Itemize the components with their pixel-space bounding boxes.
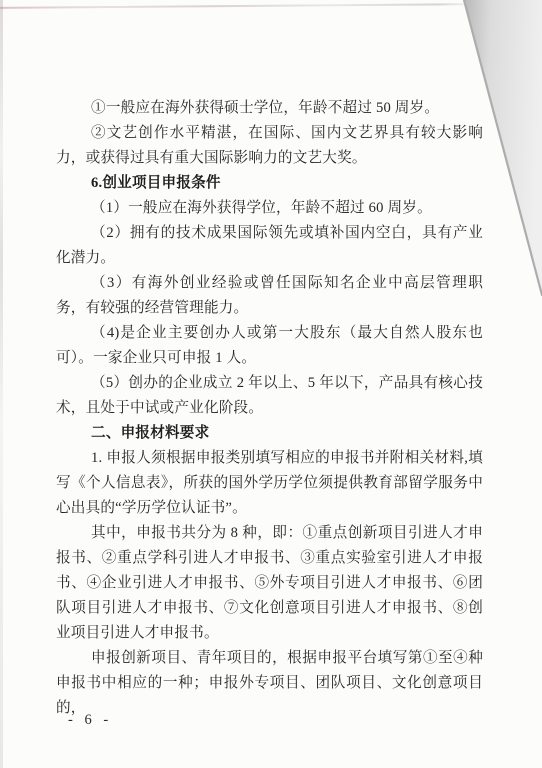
scan-left-edge-shadow [0, 0, 3, 768]
scan-top-edge-artifact [0, 3, 476, 9]
para-condition-3: （3）有海外创业经验或曾任国际知名企业中高层管理职务，有较强的经营管理能力。 [56, 271, 483, 321]
heading-material-requirements: 二、申报材料要求 [56, 421, 483, 446]
para-form-selection: 申报创新项目、青年项目的，根据申报平台填写第①至④种申报书中相应的一种；申报外专… [56, 646, 483, 721]
para-condition-1: （1）一般应在海外获得学位，年龄不超过 60 周岁。 [56, 196, 483, 221]
para-eight-form-types: 其中，申报书共分为 8 种，即：①重点创新项目引进人才申报书、②重点学科引进人才… [56, 521, 483, 646]
para-material-1: 1. 申报人须根据申报类别填写相应的申报书并附相关材料,填写《个人信息表》，所获… [56, 446, 483, 521]
page-number: - 6 - [68, 712, 112, 729]
para-age-limit-50: ①一般应在海外获得硕士学位，年龄不超过 50 周岁。 [56, 96, 483, 121]
heading-startup-conditions: 6.创业项目申报条件 [56, 171, 483, 196]
document-body: ①一般应在海外获得硕士学位，年龄不超过 50 周岁。 ②文艺创作水平精湛，在国际… [56, 96, 483, 721]
scanned-page: ①一般应在海外获得硕士学位，年龄不超过 50 周岁。 ②文艺创作水平精湛，在国际… [0, 0, 542, 768]
para-condition-2: （2）拥有的技术成果国际领先或填补国内空白，具有产业化潜力。 [56, 221, 483, 271]
para-condition-4: （4)是企业主要创办人或第一大股东（最大自然人股东也可）。一家企业只可申报 1 … [56, 321, 483, 371]
para-condition-5: （5）创办的企业成立 2 年以上、5 年以下，产品具有核心技术，且处于中试或产业… [56, 371, 483, 421]
para-art-achievement: ②文艺创作水平精湛，在国际、国内文艺界具有较大影响力，或获得过具有重大国际影响力… [56, 121, 483, 171]
